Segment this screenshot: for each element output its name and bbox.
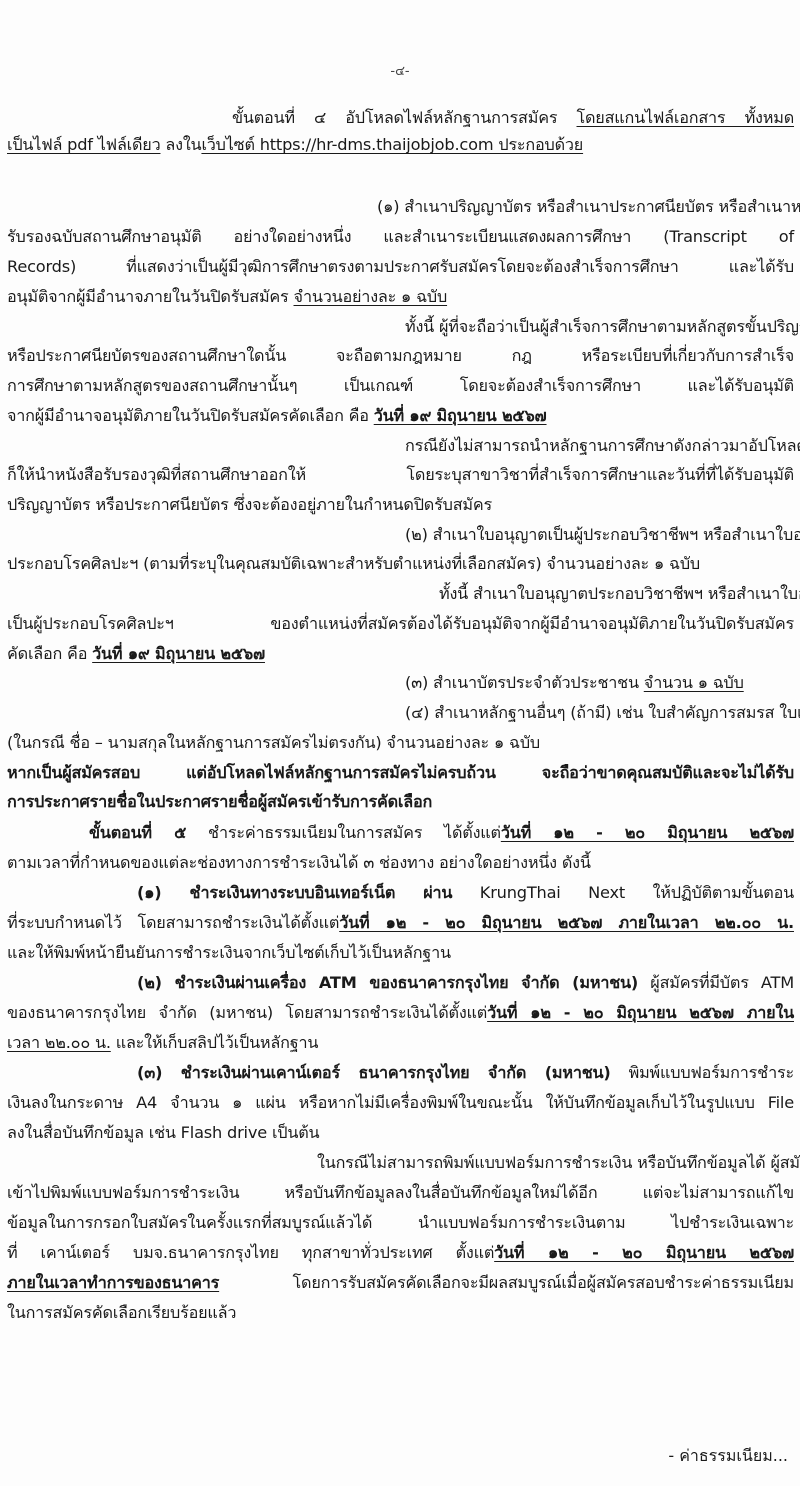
line-text: ขั้นตอนที่ ๕ xyxy=(89,823,186,842)
emphasized-text: วันที่ ๑๒ - ๒๐ มิถุนายน ๒๕๖๗ xyxy=(501,823,794,842)
document-line: เข้าไปพิมพ์แบบฟอร์มการชำระเงิน หรือบันทึ… xyxy=(7,1182,794,1204)
document-line: (๓) สำเนาบัตรประจำตัวประชาชน จำนวน ๑ ฉบั… xyxy=(7,672,794,694)
document-line: Records) ที่แสดงว่าเป็นผู้มีวุฒิการศึกษา… xyxy=(7,256,794,278)
emphasized-text: วันที่ ๑๒ - ๒๐ มิถุนายน ๒๕๖๗ xyxy=(494,1243,794,1262)
document-line: (๔) สำเนาหลักฐานอื่นๆ (ถ้ามี) เช่น ใบสำค… xyxy=(7,702,794,724)
line-text: หากเป็นผู้สมัครสอบ แต่อัปโหลดไฟล์หลักฐาน… xyxy=(7,763,794,782)
line-text: เป็นผู้ประกอบโรคศิลปะฯ ของตำแหน่งที่สมัค… xyxy=(7,614,794,633)
document-line: คัดเลือก คือ วันที่ ๑๙ มิถุนายน ๒๕๖๗ xyxy=(7,643,794,665)
line-text: ตามเวลาที่กำหนดของแต่ละช่องทางการชำระเงิ… xyxy=(7,853,591,872)
document-line: (๒) ชำระเงินผ่านเครื่อง ATM ของธนาคารกรุ… xyxy=(7,972,794,994)
line-text: และให้เก็บสลิปไว้เป็นหลักฐาน xyxy=(111,1033,318,1052)
line-text: (ในกรณี ชื่อ – นามสกุลในหลักฐานการสมัครไ… xyxy=(7,733,540,752)
line-text: ในการสมัครคัดเลือกเรียบร้อยแล้ว xyxy=(7,1303,236,1322)
document-line: เป็นไฟล์ pdf ไฟล์เดียว ลงในเว็บไซต์ http… xyxy=(7,134,794,156)
document-line: ลงในสื่อบันทึกข้อมูล เช่น Flash drive เป… xyxy=(7,1122,794,1144)
document-line: ที่ เคาน์เตอร์ บมจ.ธนาคารกรุงไทย ทุกสาขา… xyxy=(7,1242,794,1264)
line-text: การประกาศรายชื่อในประกาศรายชื่อผู้สมัครเ… xyxy=(7,792,432,811)
emphasized-text: โดยสแกนไฟล์เอกสาร ทั้งหมด xyxy=(577,108,795,127)
emphasized-text: วันที่ ๑๒ - ๒๐ มิถุนายน ๒๕๖๗ ภายใน xyxy=(487,1003,794,1022)
document-line: เวลา ๒๒.๐๐ น. และให้เก็บสลิปไว้เป็นหลักฐ… xyxy=(7,1032,794,1054)
document-line: จากผู้มีอำนาจอนุมัติภายในวันปิดรับสมัครค… xyxy=(7,405,794,427)
document-line: ในการสมัครคัดเลือกเรียบร้อยแล้ว xyxy=(7,1302,794,1324)
line-text: Records) ที่แสดงว่าเป็นผู้มีวุฒิการศึกษา… xyxy=(7,257,794,276)
line-text: รับรองฉบับสถานศึกษาอนุมัติ อย่างใดอย่างห… xyxy=(7,227,794,246)
line-text: (๑) สำเนาปริญญาบัตร หรือสำเนาประกาศนียบั… xyxy=(377,197,800,216)
line-text: (๓) ชำระเงินผ่านเคาน์เตอร์ ธนาคารกรุงไทย… xyxy=(137,1063,611,1082)
document-line: เงินลงในกระดาษ A4 จำนวน ๑ แผ่น หรือหากไม… xyxy=(7,1092,794,1114)
document-line: ขั้นตอนที่ ๕ ชำระค่าธรรมเนียมในการสมัคร … xyxy=(7,822,794,844)
line-text: ทั้งนี้ สำเนาใบอนุญาตประกอบวิชาชีพฯ หรือ… xyxy=(439,584,800,603)
line-text: จากผู้มีอำนาจอนุมัติภายในวันปิดรับสมัครค… xyxy=(7,406,374,425)
line-text: ประกอบโรคศิลปะฯ (ตามที่ระบุในคุณสมบัติเฉ… xyxy=(7,554,700,573)
document-line: รับรองฉบับสถานศึกษาอนุมัติ อย่างใดอย่างห… xyxy=(7,226,794,248)
document-line: ของธนาคารกรุงไทย จำกัด (มหาชน) โดยสามารถ… xyxy=(7,1002,794,1024)
document-line: ปริญญาบัตร หรือประกาศนียบัตร ซึ่งจะต้องอ… xyxy=(7,494,794,516)
line-text: โดยการรับสมัครคัดเลือกจะมีผลสมบูรณ์เมื่อ… xyxy=(219,1273,794,1292)
document-line: (ในกรณี ชื่อ – นามสกุลในหลักฐานการสมัครไ… xyxy=(7,732,794,754)
line-text: ในกรณีไม่สามารถพิมพ์แบบฟอร์มการชำระเงิน … xyxy=(317,1153,800,1172)
line-text: พิมพ์แบบฟอร์มการชำระ xyxy=(611,1063,794,1082)
document-line: ทั้งนี้ ผู้ที่จะถือว่าเป็นผู้สำเร็จการศึ… xyxy=(7,316,794,338)
line-text: ผู้สมัครที่มีบัตร ATM xyxy=(638,973,794,992)
document-line: ทั้งนี้ สำเนาใบอนุญาตประกอบวิชาชีพฯ หรือ… xyxy=(7,583,794,605)
line-text: (๒) สำเนาใบอนุญาตเป็นผู้ประกอบวิชาชีพฯ ห… xyxy=(405,525,800,544)
document-line: ขั้นตอนที่ ๔ อัปโหลดไฟล์หลักฐานการสมัคร … xyxy=(7,107,794,129)
line-text: (๒) ชำระเงินผ่านเครื่อง ATM ของธนาคารกรุ… xyxy=(137,973,638,992)
line-text: ชำระค่าธรรมเนียมในการสมัคร ได้ตั้งแต่ xyxy=(186,823,501,842)
document-line: ในกรณีไม่สามารถพิมพ์แบบฟอร์มการชำระเงิน … xyxy=(7,1152,794,1174)
emphasized-text: วันที่ ๑๙ มิถุนายน ๒๕๖๗ xyxy=(92,644,265,663)
line-text: อนุมัติจากผู้มีอำนาจภายในวันปิดรับสมัคร xyxy=(7,287,294,306)
document-line: ประกอบโรคศิลปะฯ (ตามที่ระบุในคุณสมบัติเฉ… xyxy=(7,553,794,575)
document-line: การประกาศรายชื่อในประกาศรายชื่อผู้สมัครเ… xyxy=(7,791,794,813)
document-page: -๔- ขั้นตอนที่ ๔ อัปโหลดไฟล์หลักฐานการสม… xyxy=(0,0,800,1486)
document-line: (๒) สำเนาใบอนุญาตเป็นผู้ประกอบวิชาชีพฯ ห… xyxy=(7,524,794,546)
line-text: หรือประกาศนียบัตรของสถานศึกษาใดนั้น จะถื… xyxy=(7,346,794,365)
line-text: การศึกษาตามหลักสูตรของสถานศึกษานั้นๆ เป็… xyxy=(7,376,794,395)
continuation-footer: - ค่าธรรมเนียม... xyxy=(668,1444,788,1469)
document-line: ข้อมูลในการกรอกใบสมัครในครั้งแรกที่สมบูร… xyxy=(7,1212,794,1234)
line-text: ข้อมูลในการกรอกใบสมัครในครั้งแรกที่สมบูร… xyxy=(7,1213,794,1232)
line-text: ที่ เคาน์เตอร์ บมจ.ธนาคารกรุงไทย ทุกสาขา… xyxy=(7,1243,494,1262)
emphasized-text: วันที่ ๑๙ มิถุนายน ๒๕๖๗ xyxy=(374,406,547,425)
emphasized-text: จำนวนอย่างละ ๑ ฉบับ xyxy=(294,287,448,306)
emphasized-text: เวลา ๒๒.๐๐ น. xyxy=(7,1033,111,1052)
line-text: KrungThai Next ให้ปฏิบัติตามขั้นตอน xyxy=(452,883,794,902)
document-line: ตามเวลาที่กำหนดของแต่ละช่องทางการชำระเงิ… xyxy=(7,852,794,874)
line-text: ก็ให้นำหนังสือรับรองวุฒิที่สถานศึกษาออกใ… xyxy=(7,465,794,484)
line-text: ปริญญาบัตร หรือประกาศนียบัตร ซึ่งจะต้องอ… xyxy=(7,495,492,514)
line-text: เงินลงในกระดาษ A4 จำนวน ๑ แผ่น หรือหากไม… xyxy=(7,1093,794,1112)
line-text: (๔) สำเนาหลักฐานอื่นๆ (ถ้ามี) เช่น ใบสำค… xyxy=(405,703,800,722)
line-text: เข้าไปพิมพ์แบบฟอร์มการชำระเงิน หรือบันทึ… xyxy=(7,1183,794,1202)
document-line: อนุมัติจากผู้มีอำนาจภายในวันปิดรับสมัคร … xyxy=(7,286,794,308)
line-text: (๑) ชำระเงินทางระบบอินเทอร์เน็ต ผ่าน xyxy=(137,883,452,902)
document-line: หากเป็นผู้สมัครสอบ แต่อัปโหลดไฟล์หลักฐาน… xyxy=(7,762,794,784)
line-text: ที่ระบบกำหนดไว้ โดยสามารถชำระเงินได้ตั้ง… xyxy=(7,913,339,932)
emphasized-text: ภายในเวลาทำการของธนาคาร xyxy=(7,1273,219,1292)
line-text: ขั้นตอนที่ ๔ อัปโหลดไฟล์หลักฐานการสมัคร xyxy=(232,108,577,127)
emphasized-text: วันที่ ๑๒ - ๒๐ มิถุนายน ๒๕๖๗ ภายในเวลา ๒… xyxy=(339,913,794,932)
emphasized-text: เว็บไซต์ https://hr-dms.thaijobjob.com ป… xyxy=(201,135,583,154)
document-line: (๑) สำเนาปริญญาบัตร หรือสำเนาประกาศนียบั… xyxy=(7,196,794,218)
emphasized-text: เป็นไฟล์ pdf ไฟล์เดียว xyxy=(7,135,160,154)
document-line: ที่ระบบกำหนดไว้ โดยสามารถชำระเงินได้ตั้ง… xyxy=(7,912,794,934)
document-line: (๑) ชำระเงินทางระบบอินเทอร์เน็ต ผ่าน Kru… xyxy=(7,882,794,904)
emphasized-text: จำนวน ๑ ฉบับ xyxy=(644,673,744,692)
line-text: กรณียังไม่สามารถนำหลักฐานการศึกษาดังกล่า… xyxy=(405,436,800,455)
document-line: เป็นผู้ประกอบโรคศิลปะฯ ของตำแหน่งที่สมัค… xyxy=(7,613,794,635)
line-text: (๓) สำเนาบัตรประจำตัวประชาชน xyxy=(405,673,644,692)
document-line: การศึกษาตามหลักสูตรของสถานศึกษานั้นๆ เป็… xyxy=(7,375,794,397)
page-number: -๔- xyxy=(0,60,800,81)
document-line: และให้พิมพ์หน้ายืนยันการชำระเงินจากเว็บไ… xyxy=(7,942,794,964)
document-line: กรณียังไม่สามารถนำหลักฐานการศึกษาดังกล่า… xyxy=(7,435,794,457)
line-text: คัดเลือก คือ xyxy=(7,644,92,663)
document-line: หรือประกาศนียบัตรของสถานศึกษาใดนั้น จะถื… xyxy=(7,345,794,367)
line-text: ทั้งนี้ ผู้ที่จะถือว่าเป็นผู้สำเร็จการศึ… xyxy=(405,317,800,336)
line-text: ลงในสื่อบันทึกข้อมูล เช่น Flash drive เป… xyxy=(7,1123,319,1142)
document-line: (๓) ชำระเงินผ่านเคาน์เตอร์ ธนาคารกรุงไทย… xyxy=(7,1062,794,1084)
line-text: ลงใน xyxy=(160,135,201,154)
document-line: ก็ให้นำหนังสือรับรองวุฒิที่สถานศึกษาออกใ… xyxy=(7,464,794,486)
document-line: ภายในเวลาทำการของธนาคาร โดยการรับสมัครคั… xyxy=(7,1272,794,1294)
line-text: ของธนาคารกรุงไทย จำกัด (มหาชน) โดยสามารถ… xyxy=(7,1003,487,1022)
line-text: และให้พิมพ์หน้ายืนยันการชำระเงินจากเว็บไ… xyxy=(7,943,451,962)
